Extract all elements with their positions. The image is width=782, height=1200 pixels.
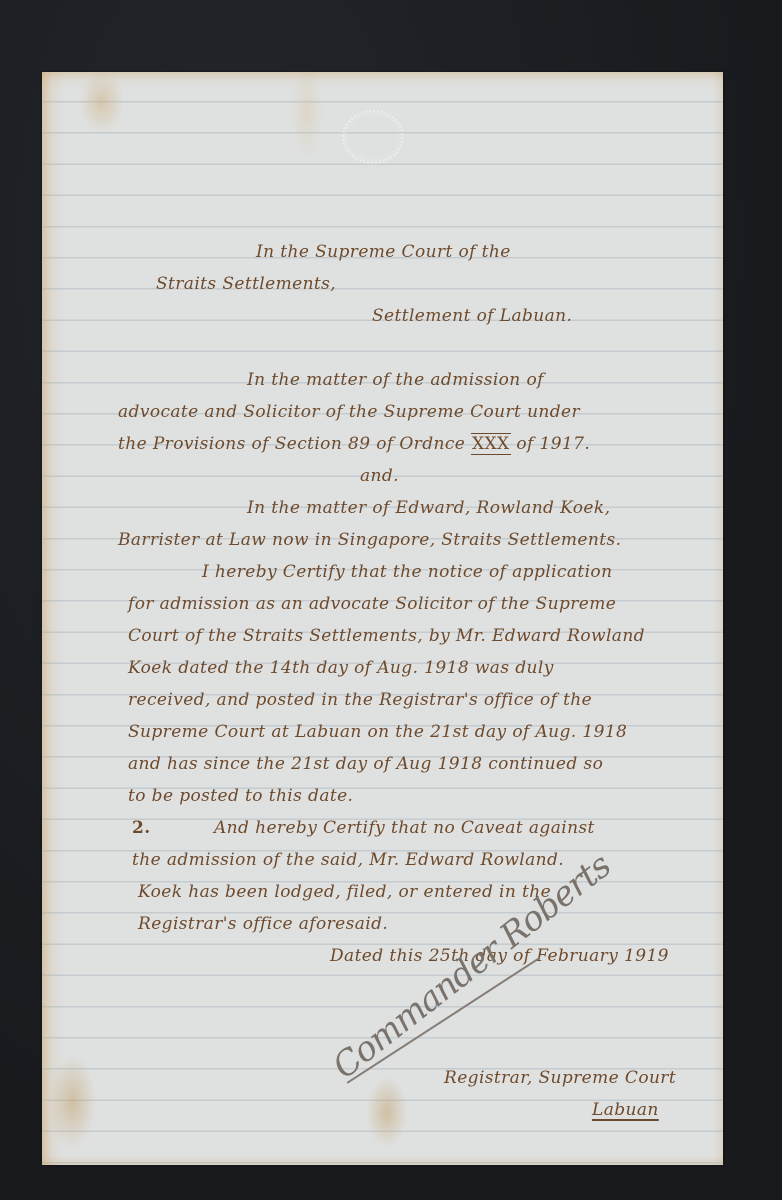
heading-line-2: Straits Settlements,	[156, 276, 336, 293]
matter1-line-1: In the matter of the admission of	[247, 372, 544, 389]
heading-line-3: Settlement of Labuan.	[372, 308, 572, 325]
signatory-title: Registrar, Supreme Court	[444, 1070, 676, 1087]
matter2-line-2: Barrister at Law now in Singapore, Strai…	[118, 532, 621, 549]
para2-line-3: Koek has been lodged, filed, or entered …	[138, 884, 551, 901]
para1-line-8: to be posted to this date.	[128, 788, 353, 805]
para2-number: 2.	[132, 820, 151, 837]
para2-line-1: And hereby Certify that no Caveat agains…	[214, 820, 595, 837]
para1-line-6: Supreme Court at Labuan on the 21st day …	[128, 724, 627, 741]
para2-line-4: Registrar's office aforesaid.	[138, 916, 388, 933]
para1-line-4: Koek dated the 14th day of Aug. 1918 was…	[128, 660, 554, 677]
heading-line-1: In the Supreme Court of the	[256, 244, 511, 261]
para1-line-5: received, and posted in the Registrar's …	[128, 692, 592, 709]
matter2-line-1: In the matter of Edward, Rowland Koek,	[247, 500, 610, 517]
para1-line-7: and has since the 21st day of Aug 1918 c…	[128, 756, 603, 773]
para1-line-2: for admission as an advocate Solicitor o…	[128, 596, 616, 613]
embossed-seal-icon	[342, 110, 404, 164]
ordinance-number: XXX	[471, 433, 511, 455]
matter1-line-2: advocate and Solicitor of the Supreme Co…	[118, 404, 580, 421]
para1-line-3: Court of the Straits Settlements, by Mr.…	[128, 628, 645, 645]
conjunction-and: and.	[360, 468, 399, 485]
matter1-line-3: the Provisions of Section 89 of Ordnce X…	[118, 436, 590, 453]
signatory-place: Labuan	[592, 1102, 659, 1119]
matter1-line-3-suffix: of 1917.	[516, 434, 590, 454]
document-page: In the Supreme Court of the Straits Sett…	[42, 72, 723, 1165]
para1-line-1: I hereby Certify that the notice of appl…	[202, 564, 612, 581]
para2-line-2: the admission of the said, Mr. Edward Ro…	[132, 852, 564, 869]
matter1-line-3-prefix: the Provisions of Section 89 of Ordnce	[118, 434, 465, 454]
